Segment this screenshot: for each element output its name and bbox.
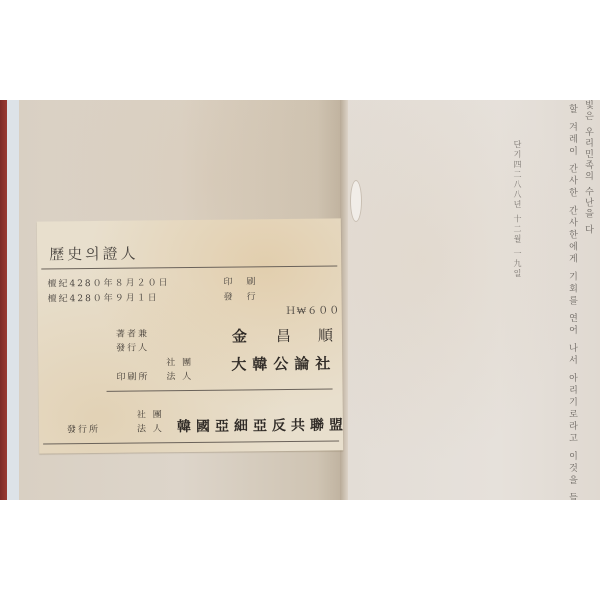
printer-corp-1: 社 團	[166, 355, 193, 368]
colophon-label: 歷史의證人 檀紀428０年８月２０日 印刷 檀紀428０年９月１日 發行 Ｈ₩６…	[37, 218, 343, 453]
printer-label: 印刷所	[116, 369, 149, 382]
author-name-1: 金	[232, 325, 247, 346]
issuer-label: 發行所	[67, 422, 100, 435]
price: Ｈ₩６００	[286, 301, 341, 317]
author-name-3: 順	[318, 325, 333, 346]
issuer-name: 韓國亞細亞反共聯盟	[177, 414, 348, 436]
book-title: 歷史의證人	[49, 243, 139, 265]
publish-label: 發行	[224, 289, 270, 302]
author-publisher-label: 著者兼	[116, 326, 149, 339]
right-page-text-column: 빛은 우리민족의 수난을 다	[582, 100, 595, 236]
print-label: 印刷	[223, 274, 269, 287]
author-publisher-label-2: 發行人	[116, 340, 149, 353]
issuer-corp-2: 法 人	[137, 421, 164, 434]
right-page-date-column: 단기四二八八년 十二월 一九일	[512, 140, 523, 279]
book-photo: 歷史의證人 檀紀428０年８月２０日 印刷 檀紀428０年９月１日 發行 Ｈ₩６…	[0, 100, 600, 500]
print-date: 檀紀428０年８月２０日	[47, 275, 169, 289]
printer-name: 大韓公論社	[231, 352, 336, 374]
publish-date: 檀紀428０年９月１日	[48, 290, 159, 304]
right-page-text-column: 할 겨레이 간사한 간사한에게 기회를 연어 나서 아리기로라고 이것을 들으면	[566, 104, 579, 500]
right-page	[348, 100, 600, 500]
book-cover-edge	[0, 100, 7, 500]
divider	[43, 440, 339, 444]
divider	[41, 265, 337, 269]
author-name-2: 昌	[276, 325, 291, 346]
cover-gap	[7, 100, 19, 500]
issuer-corp-1: 社 團	[137, 407, 164, 420]
printer-corp-2: 法 人	[166, 369, 193, 382]
divider	[107, 389, 333, 392]
page-crease	[350, 180, 362, 222]
